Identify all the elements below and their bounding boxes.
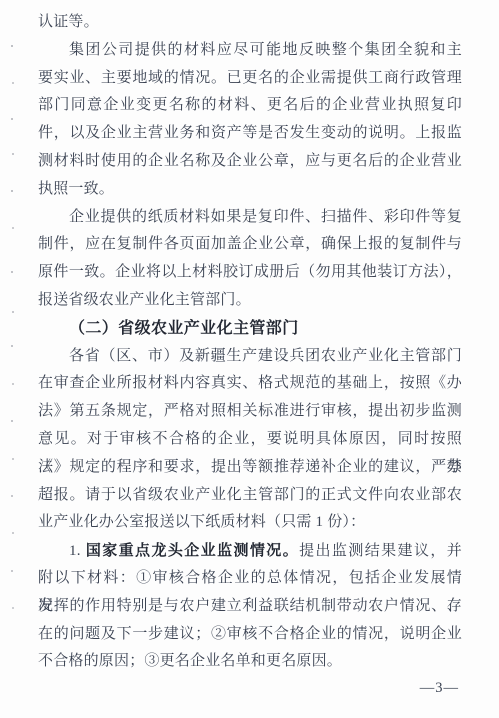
text-line: 要实业、主要地域的情况。已更名的企业需提供工商行政管理 <box>38 65 462 93</box>
text-line: 不合格的原因；③更名企业名单和更名原因。 <box>38 648 462 676</box>
page-number: —3— <box>420 680 459 697</box>
scan-artifacts <box>0 0 2 2</box>
text-line: 在的问题及下一步建议；②审核不合格企业的情况，说明企业 <box>38 621 462 649</box>
numbered-item-line: 1. 国家重点龙头企业监测情况。提出监测结果建议，并 <box>38 537 462 565</box>
text-line: 业产业化办公室报送以下纸质材料（只需 1 份）： <box>38 509 462 537</box>
item-number: 1. <box>69 543 86 559</box>
text-line: 执照一致。 <box>38 176 462 204</box>
item-title: 国家重点龙头企业监测情况。 <box>86 542 299 559</box>
text-line: 部门同意企业变更名称的材料、更名后的企业营业执照复印 <box>38 92 462 120</box>
text-line: 在审查企业所报材料内容真实、格式规范的基础上，按照《办 <box>38 370 462 398</box>
text-line: 超报。请于以省级农业产业化主管部门的正式文件向农业部农 <box>38 482 462 510</box>
text-line: 原件一致。企业将以上材料胶订成册后（勿用其他装订方法）， <box>38 259 462 287</box>
text-line: 各省（区、市）及新疆生产建设兵团农业产业化主管部门 <box>38 343 462 371</box>
text-line: 认证等。 <box>38 9 462 37</box>
text-line: 意见。对于审核不合格的企业，要说明具体原因，同时按照《办 <box>38 426 462 454</box>
text-line: 制件，应在复制件各页面加盖企业公章，确保上报的复制件与 <box>38 231 462 259</box>
text-line: 发挥的作用特别是与农户建立利益联结机制带动农户情况、存 <box>38 593 462 621</box>
text-line: 报送省级农业产业化主管部门。 <box>38 287 462 315</box>
text-line: 集团公司提供的材料应尽可能地反映整个集团全貌和主 <box>38 37 462 65</box>
section-heading: （二）省级农业产业化主管部门 <box>38 315 462 343</box>
scanned-document-page: 认证等。 集团公司提供的材料应尽可能地反映整个集团全貌和主 要实业、主要地域的情… <box>0 0 499 718</box>
text-line: 附以下材料：①审核合格企业的总体情况，包括企业发展情况、 <box>38 565 462 593</box>
document-body: 认证等。 集团公司提供的材料应尽可能地反映整个集团全貌和主 要实业、主要地域的情… <box>38 9 462 676</box>
text-line: 件，以及企业主营业务和资产等是否发生变动的说明。上报监 <box>38 120 462 148</box>
text-line: 企业提供的纸质材料如果是复印件、扫描件、彩印件等复 <box>38 204 462 232</box>
text-line: 法》第五条规定，严格对照相关标准进行审核，提出初步监测 <box>38 398 462 426</box>
text-line: 法》规定的程序和要求，提出等额推荐递补企业的建议，严禁 <box>38 454 462 482</box>
text-line: 测材料时使用的企业名称及企业公章，应与更名后的企业营业 <box>38 148 462 176</box>
item-text: 提出监测结果建议，并 <box>299 543 462 559</box>
